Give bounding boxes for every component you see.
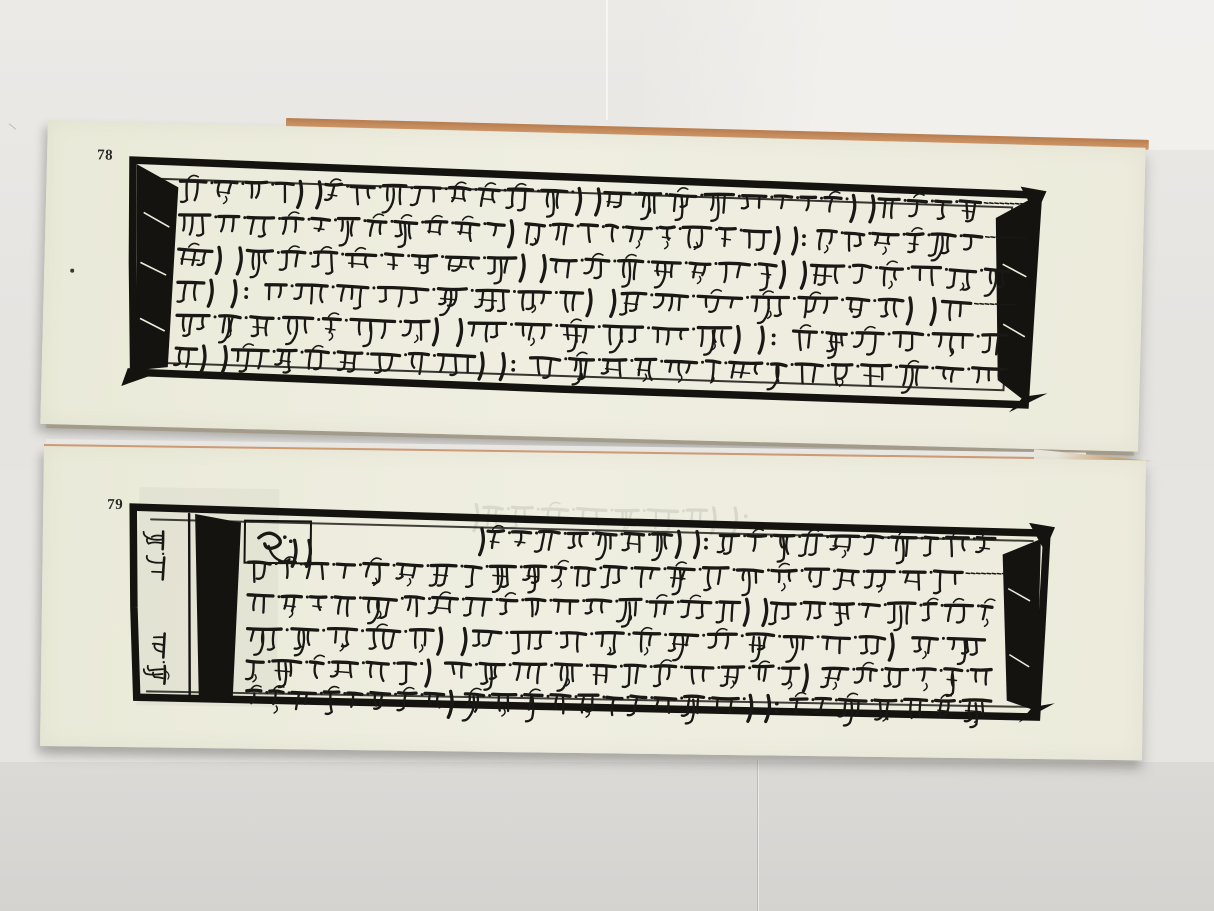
folio-number-78: 78 <box>97 147 113 164</box>
text-line-79-5 <box>246 654 991 696</box>
frame-wedge <box>132 164 179 371</box>
frame-wedge <box>1001 539 1041 711</box>
folio-number-79: 79 <box>107 497 123 514</box>
photo-of-pecha-folios: 78 79 <box>0 0 1214 911</box>
paper-sheet-78: 78 <box>40 120 1145 452</box>
background-light-patch <box>643 0 1214 150</box>
woodblock-print-78 <box>40 120 1145 452</box>
ink-speck <box>70 269 74 273</box>
background-lower-surface <box>0 762 1214 911</box>
pecha-folio-78: 78 <box>40 120 1145 452</box>
frame-wedge <box>121 368 163 387</box>
frame-wedge <box>193 514 241 699</box>
woodblock-print-79 <box>40 446 1146 760</box>
text-line-79-4 <box>247 622 984 664</box>
text-line-79-3 <box>248 589 995 631</box>
text-line-79-2 <box>248 556 1006 598</box>
paper-sheet-79: 79 <box>40 446 1146 760</box>
background-crease <box>757 760 758 911</box>
pecha-folio-79: 79 <box>40 446 1146 760</box>
frame-wedge <box>991 196 1034 403</box>
text-line-78-4 <box>177 276 1014 329</box>
background-seam <box>606 0 608 120</box>
frame-line <box>127 160 1038 405</box>
